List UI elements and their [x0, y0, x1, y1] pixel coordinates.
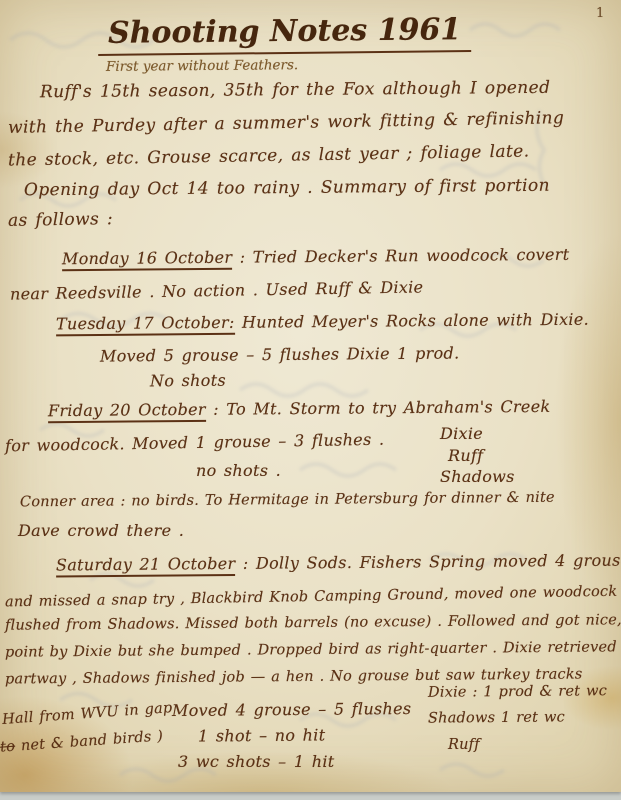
entry-heading-text: : To Mt. Storm to try Abraham's Creek	[206, 397, 551, 419]
tally-line: 1 shot – no hit	[198, 725, 326, 745]
entry-date: Tuesday 17 October:	[56, 313, 235, 337]
entry-date: Friday 20 October	[48, 400, 206, 423]
journal-scan: { "colors": { "paper": "#eae1c6", "ink":…	[0, 0, 621, 800]
dog-list-item: Ruff	[448, 446, 483, 465]
entry-line: Dave crowd there .	[18, 521, 184, 540]
dog-list-item: Shadows	[440, 467, 515, 486]
entry-heading-text: : Dolly Sods. Fishers Spring moved 4 gro…	[235, 550, 621, 572]
dog-list-item: Dixie	[440, 424, 483, 443]
tally-line: Moved 4 grouse – 5 flushes	[172, 699, 412, 720]
struck-word: to	[0, 739, 16, 756]
tally-line: 3 wc shots – 1 hit	[178, 752, 335, 771]
tally-line: Dixie : 1 prod & ret wc	[428, 683, 607, 701]
intro-line: as follows :	[8, 209, 113, 231]
entry-heading-text: Hunted Meyer's Rocks alone with Dixie.	[235, 310, 589, 332]
entry-date: Monday 16 October	[62, 248, 232, 271]
entry-line: no shots .	[196, 461, 281, 480]
page-number: 1	[596, 6, 604, 21]
entry-date: Saturday 21 October	[56, 554, 236, 578]
tally-line: Ruff	[448, 737, 480, 753]
tally-line: Shadows 1 ret wc	[428, 709, 565, 726]
insert-note: First year without Feathers.	[106, 57, 298, 75]
page-title: Shooting Notes 1961	[98, 12, 472, 56]
entry-line: Moved 5 grouse – 5 flushes Dixie 1 prod.	[100, 343, 460, 365]
entry-heading-text: : Tried Decker's Run woodcock covert	[232, 245, 569, 267]
entry-line: No shots	[150, 371, 226, 391]
